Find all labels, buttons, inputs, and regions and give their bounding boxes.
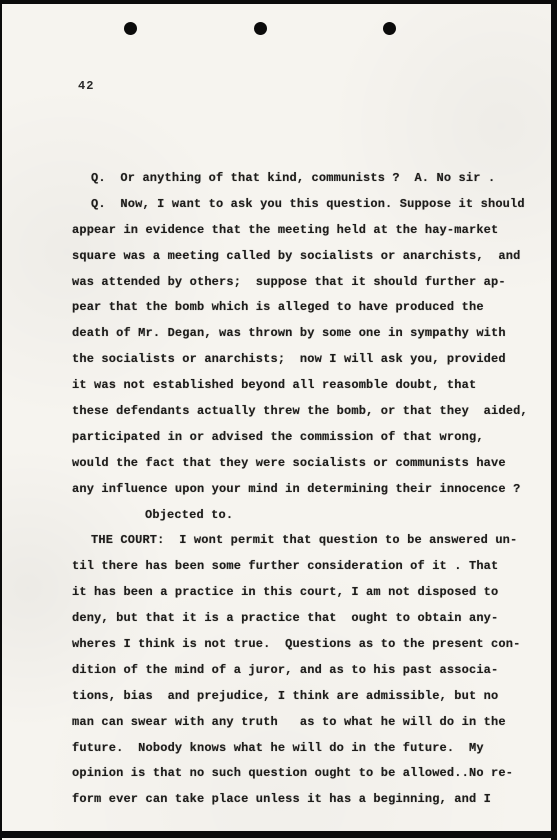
transcript-line: participated in or advised the commissio… xyxy=(72,425,532,451)
punch-hole xyxy=(383,22,396,35)
transcript-line: dition of the mind of a juror, and as to… xyxy=(72,658,532,684)
transcript-line: it has been a practice in this court, I … xyxy=(72,580,532,606)
transcript-line: man can swear with any truth as to what … xyxy=(72,710,532,736)
scan-edge-left xyxy=(0,0,2,840)
transcript-line: the socialists or anarchists; now I will… xyxy=(72,347,532,373)
scanned-transcript-page: 42 Q. Or anything of that kind, communis… xyxy=(0,0,557,840)
transcript-line: tions, bias and prejudice, I think are a… xyxy=(72,684,532,710)
transcript-line: THE COURT: I wont permit that question t… xyxy=(72,528,532,554)
transcript-text-block: Q. Or anything of that kind, communists … xyxy=(72,166,532,813)
transcript-line: Q. Or anything of that kind, communists … xyxy=(72,166,532,192)
punch-hole xyxy=(124,22,137,35)
page-number: 42 xyxy=(78,79,94,93)
transcript-line: appear in evidence that the meeting held… xyxy=(72,218,532,244)
transcript-line: deny, but that it is a practice that oug… xyxy=(72,606,532,632)
transcript-line: Q. Now, I want to ask you this question.… xyxy=(72,192,532,218)
transcript-line: future. Nobody knows what he will do in … xyxy=(72,736,532,762)
scan-edge-top xyxy=(0,0,557,4)
transcript-line: would the fact that they were socialists… xyxy=(72,451,532,477)
transcript-line: Objected to. xyxy=(72,503,532,529)
transcript-line: these defendants actually threw the bomb… xyxy=(72,399,532,425)
transcript-line: wheres I think is not true. Questions as… xyxy=(72,632,532,658)
transcript-line: form ever can take place unless it has a… xyxy=(72,787,532,813)
transcript-line: pear that the bomb which is alleged to h… xyxy=(72,295,532,321)
transcript-line: square was a meeting called by socialist… xyxy=(72,244,532,270)
scan-edge-bottom xyxy=(0,831,557,838)
transcript-line: any influence upon your mind in determin… xyxy=(72,477,532,503)
scan-edge-right xyxy=(551,0,557,840)
transcript-line: it was not established beyond all reasom… xyxy=(72,373,532,399)
transcript-line: til there has been some further consider… xyxy=(72,554,532,580)
transcript-line: death of Mr. Degan, was thrown by some o… xyxy=(72,321,532,347)
punch-hole xyxy=(254,22,267,35)
transcript-line: opinion is that no such question ought t… xyxy=(72,761,532,787)
transcript-line: was attended by others; suppose that it … xyxy=(72,270,532,296)
